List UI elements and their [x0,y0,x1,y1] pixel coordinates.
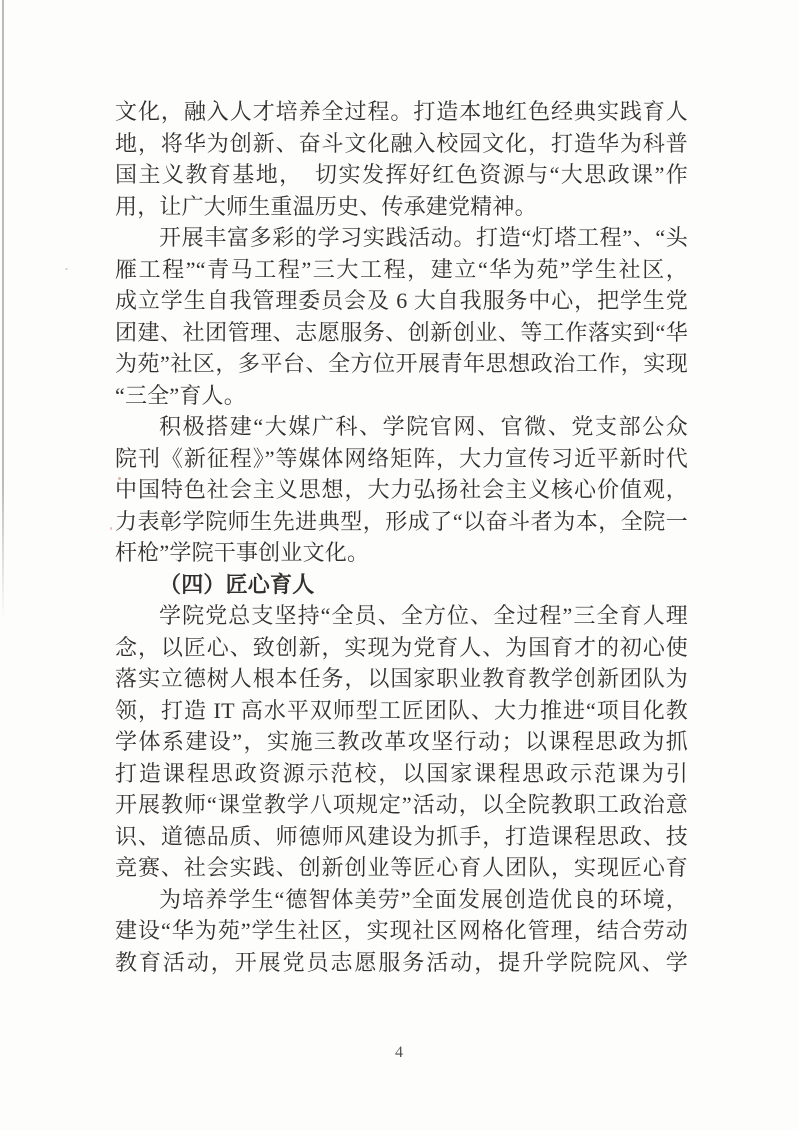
text-line: 识、道德品质、师德师风建设为抓手，打造课程思政、技能 [115,821,688,853]
page-number: 4 [0,1044,799,1062]
text-line: 积极搭建“大媒广科、学院官网、官微、党支部公众号、 [115,411,688,443]
text-line: 建设“华为苑”学生社区，实现社区网格化管理，结合劳动 [115,915,688,947]
text-line: 雁工程”“青马工程”三大工程，建立“华为苑”学生社区， [115,254,688,286]
text-line: 中国特色社会主义思想，大力弘扬社会主义核心价值观，大 [115,474,688,506]
text-line: 学院党总支坚持“全员、全方位、全过程”三全育人理 [115,600,688,632]
text-line: 为苑”社区，多平台、全方位开展青年思想政治工作，实现 [115,348,688,380]
text-line: 成立学生自我管理委员会及 6 大自我服务中心，把学生党建、 [115,285,688,317]
text-line: 文化，融入人才培养全过程。打造本地红色经典实践育人基 [115,96,688,128]
text-line: 用，让广大师生重温历史、传承建党精神。 [115,191,688,223]
section-heading: （四）匠心育人 [115,569,688,601]
text-line: 开展教师“课堂教学八项规定”活动，以全院教职工政治意 [115,789,688,821]
text-line: 打造课程思政资源示范校，以国家课程思政示范课为引领， [115,758,688,790]
scan-speck [110,527,112,530]
text-line: 杆枪”学院干事创业文化。 [115,537,688,569]
scanned-document-page: 文化，融入人才培养全过程。打造本地红色经典实践育人基地，将华为创新、奋斗文化融入… [0,0,799,1131]
text-line: “三全”育人。 [115,380,688,412]
text-line: 地，将华为创新、奋斗文化融入校园文化，打造华为科普爱 [115,128,688,160]
text-line: 教育活动，开展党员志愿服务活动，提升学院院风、学风， [115,947,688,979]
text-line: 院刊《新征程》”等媒体网络矩阵，大力宣传习近平新时代 [115,443,688,475]
text-line: 开展丰富多彩的学习实践活动。打造“灯塔工程”、“头 [115,222,688,254]
scan-edge-artifact [2,0,4,620]
text-line: 念，以匠心、致创新，实现为党育人、为国育才的初心使命。 [115,632,688,664]
scan-speck [65,268,68,270]
text-line: 团建、社团管理、志愿服务、创新创业、等工作落实到“华 [115,317,688,349]
text-line: 领，打造 IT 高水平双师型工匠团队、大力推进“项目化教 [115,695,688,727]
text-line: 为培养学生“德智体美劳”全面发展创造优良的环境， [115,884,688,916]
text-line: 学体系建设”，实施三教改革攻坚行动；以课程思政为抓手， [115,726,688,758]
text-line: 力表彰学院师生先进典型，形成了“以奋斗者为本，全院一 [115,506,688,538]
text-line: 国主义教育基地， 切实发挥好红色资源与“大思政课”作 [115,159,688,191]
text-line: 落实立德树人根本任务，以国家职业教育教学创新团队为引 [115,663,688,695]
document-body: 文化，融入人才培养全过程。打造本地红色经典实践育人基地，将华为创新、奋斗文化融入… [115,96,688,978]
text-line: 竞赛、社会实践、创新创业等匠心育人团队，实现匠心育人。 [115,852,688,884]
